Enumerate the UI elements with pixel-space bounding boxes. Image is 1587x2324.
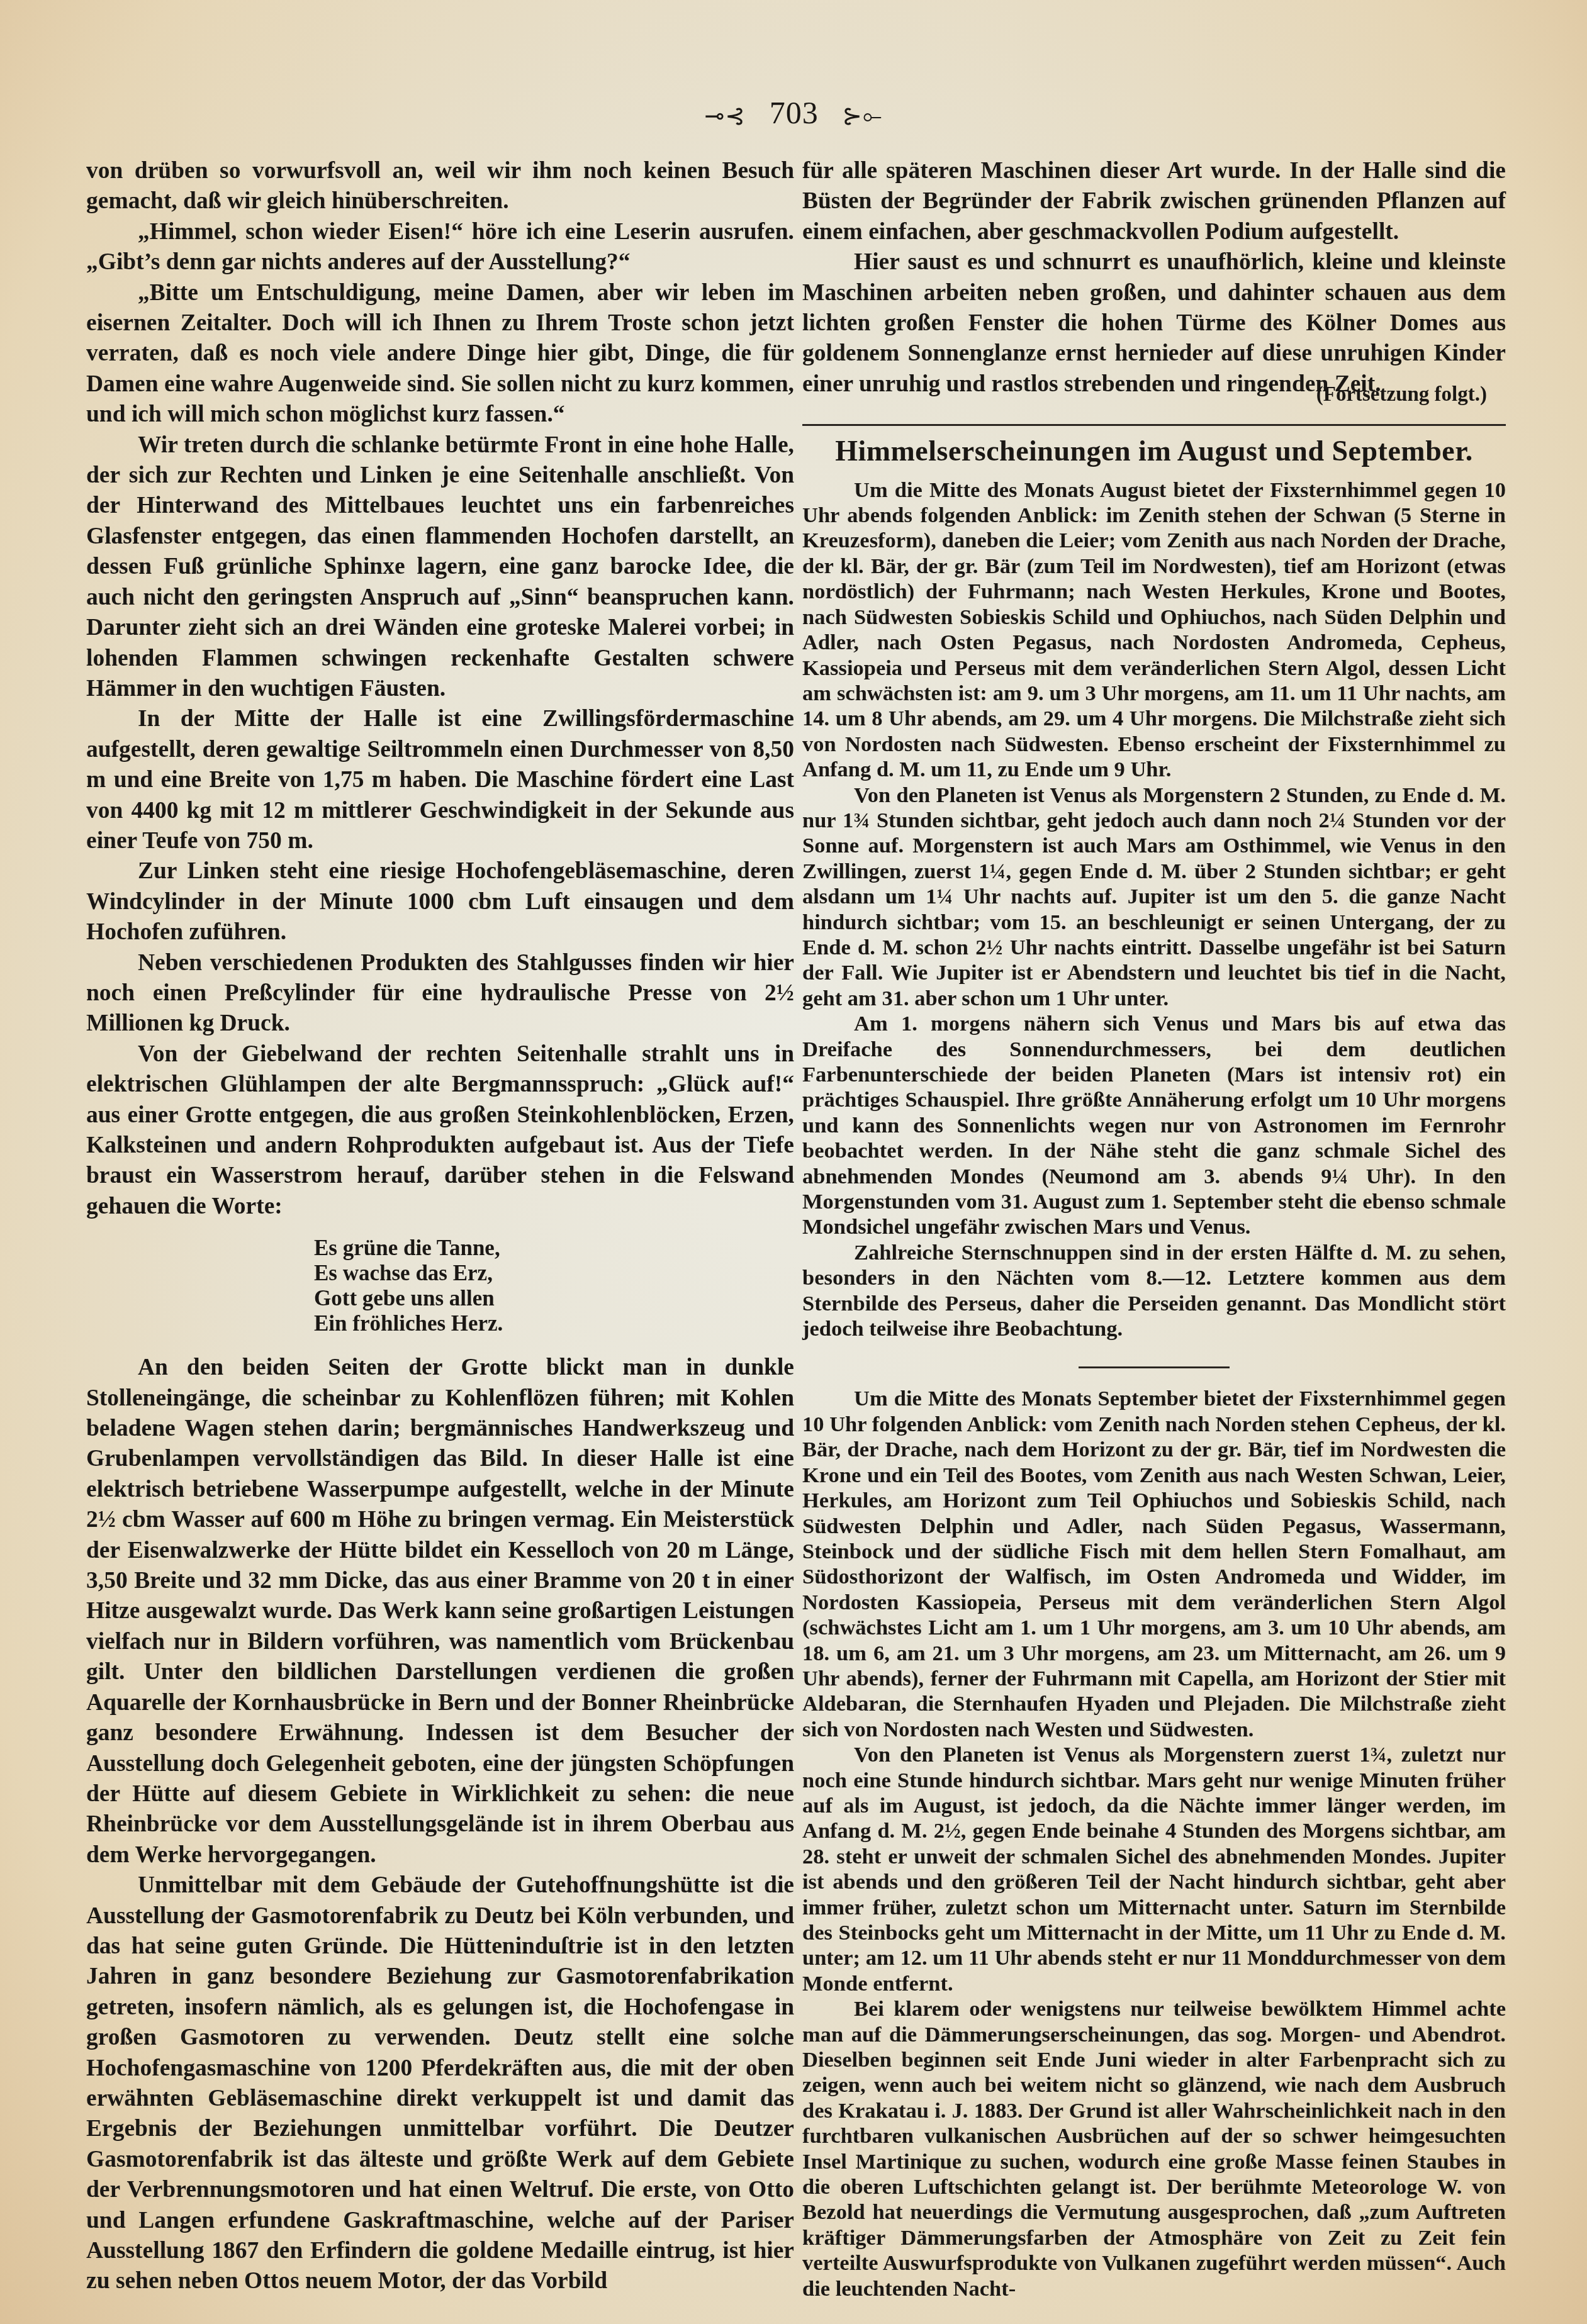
paragraph: „Himmel, schon wieder Eisen!“ höre ich e… [86,217,794,278]
paragraph: Um die Mitte des Monats August bietet de… [802,478,1506,783]
ornament-left-icon: ⊸⊰ [705,103,746,130]
continuation-paragraphs: für alle späteren Maschinen dieser Art w… [802,156,1506,399]
ornament-right-icon: ⊱⟜ [842,103,882,130]
paragraph: Von den Planeten ist Venus als Morgenste… [802,783,1506,1012]
paragraph: Von der Giebelwand der rechten Seitenhal… [86,1039,794,1222]
paragraph: Wir treten durch die schlanke betürmte F… [86,430,794,705]
verse-line: Ein fröhliches Herz. [314,1311,794,1336]
short-divider [1079,1366,1230,1368]
paragraph: für alle späteren Maschinen dieser Art w… [802,156,1506,247]
paragraph: Unmittelbar mit dem Gebäude der Gutehoff… [86,1870,794,2297]
verse-line: Es grüne die Tanne, [314,1236,794,1261]
september-paragraphs: Um die Mitte des Monats September bietet… [802,1386,1506,2301]
paragraph: Von den Planeten ist Venus als Morgenste… [802,1742,1506,1996]
paragraph: Neben verschiedenen Produkten des Stahlg… [86,948,794,1039]
page-number: 703 [770,95,819,130]
paragraph: Hier saust es und schnurrt es unaufhörli… [802,247,1506,399]
article-title: Himmelserscheinungen im August und Septe… [802,433,1506,469]
left-column: von drüben so vorwurfsvoll an, weil wir … [86,156,794,2297]
paragraph: Bei klarem oder wenigstens nur teilweise… [802,1996,1506,2301]
verse-line: Es wachse das Erz, [314,1261,794,1286]
paragraph: In der Mitte der Halle ist eine Zwilling… [86,704,794,856]
miners-verse: Es grüne die Tanne,Es wachse das Erz,Got… [86,1236,794,1336]
paragraph: Zur Linken steht eine riesige Hochofenge… [86,856,794,947]
paragraph: Zahlreiche Sternschnuppen sind in der er… [802,1240,1506,1342]
paragraph: von drüben so vorwurfsvoll an, weil wir … [86,156,794,217]
august-paragraphs: Um die Mitte des Monats August bietet de… [802,478,1506,1342]
left-paragraphs-after: An den beiden Seiten der Grotte blickt m… [86,1353,794,2297]
paragraph: Am 1. morgens nähern sich Venus und Mars… [802,1011,1506,1240]
page-number-header: ⊸⊰ 703 ⊱⟜ [0,94,1587,131]
verse-line: Gott gebe uns allen [314,1286,794,1311]
section-divider [802,424,1506,426]
paragraph: Um die Mitte des Monats September bietet… [802,1386,1506,1742]
right-column: für alle späteren Maschinen dieser Art w… [802,156,1506,2301]
left-paragraphs: von drüben so vorwurfsvoll an, weil wir … [86,156,794,1222]
paragraph: „Bitte um Entschuldigung, meine Damen, a… [86,278,794,430]
paragraph: An den beiden Seiten der Grotte blickt m… [86,1353,794,1870]
